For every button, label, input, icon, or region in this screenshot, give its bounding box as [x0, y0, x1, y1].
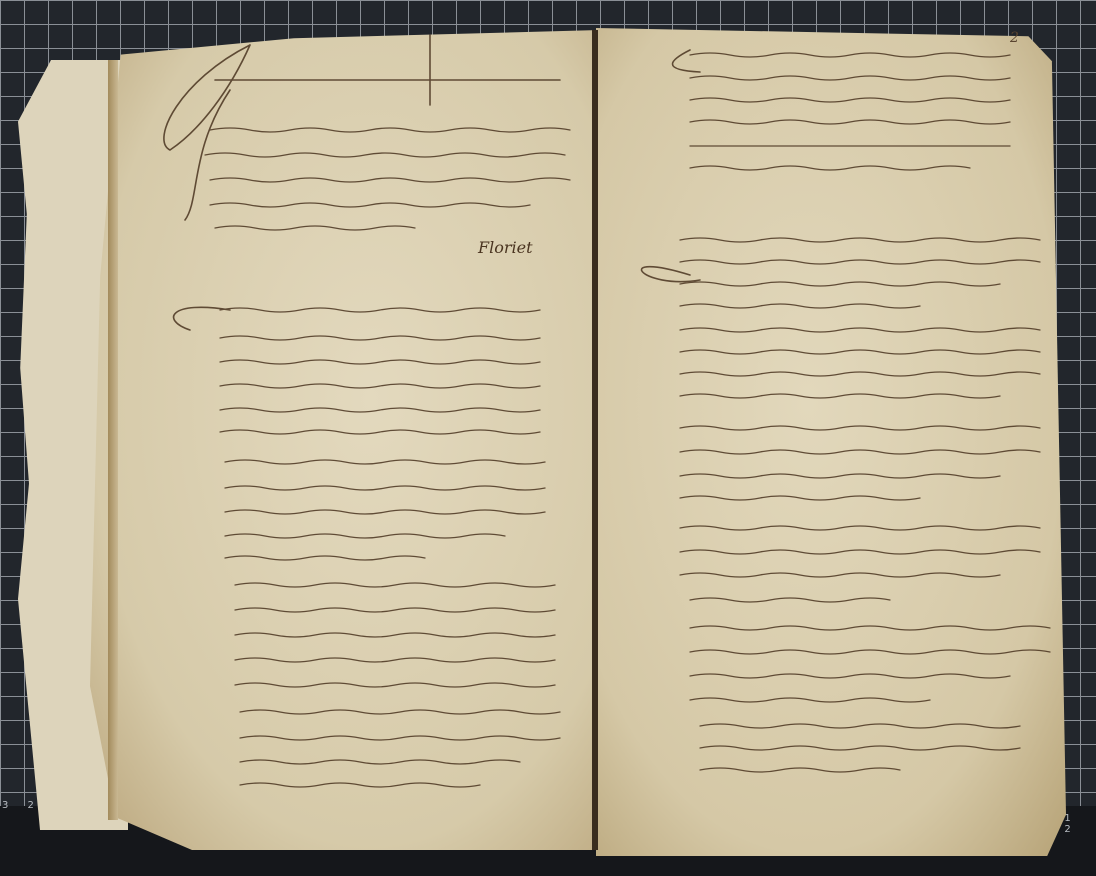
margin-name: Floriet	[478, 238, 533, 257]
handwriting-left-page	[0, 0, 1096, 876]
page-number: 2	[1010, 30, 1019, 46]
